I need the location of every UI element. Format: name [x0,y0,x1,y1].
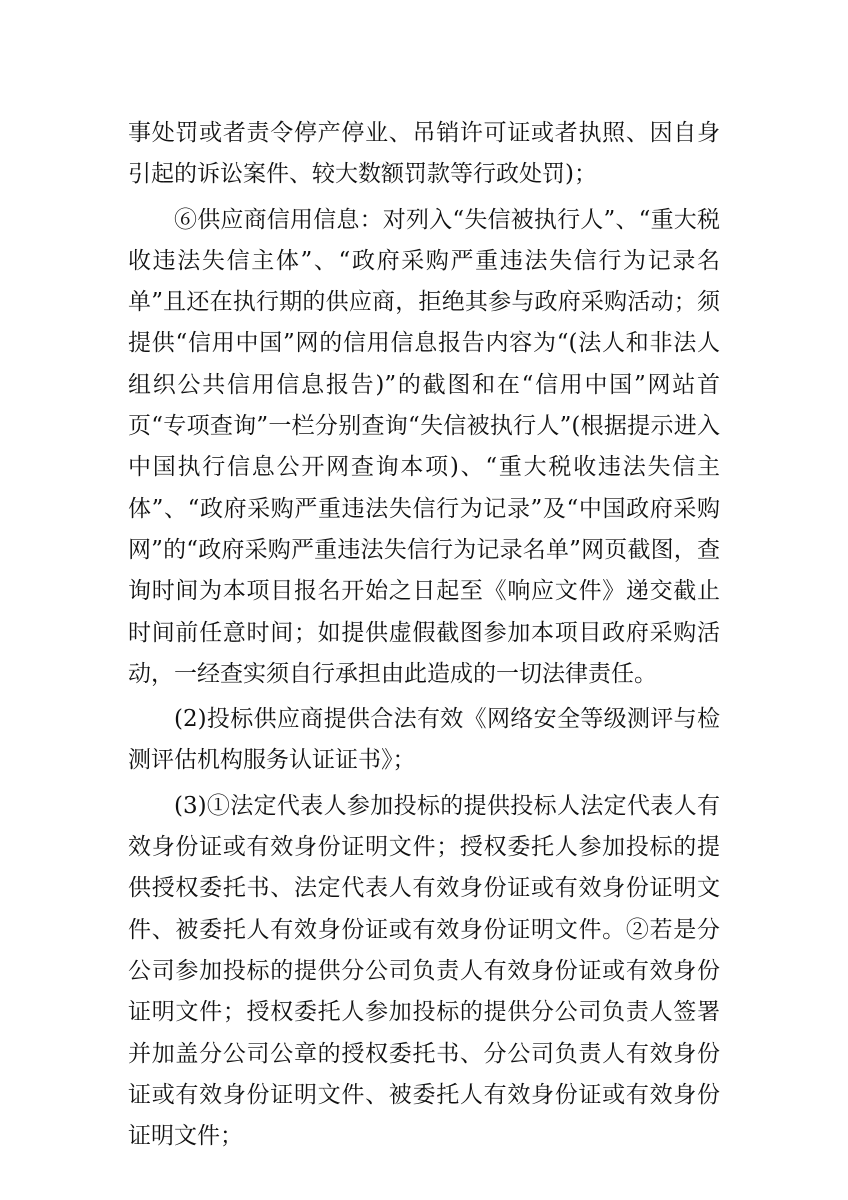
paragraph-item-3-identity: (3)①法定代表人参加投标的提供投标人法定代表人有效身份证或有效身份证明文件；授… [128,786,720,1158]
paragraph-supplier-credit-info: ⑥供应商信用信息：对列入“失信被执行人”、“重大税收违法失信主体”、“政府采购严… [128,200,720,696]
paragraph-penalty-continuation: 事处罚或者责令停产停业、吊销许可证或者执照、因自身引起的诉讼案件、较大数额罚款等… [128,113,720,196]
document-page: 事处罚或者责令停产停业、吊销许可证或者执照、因自身引起的诉讼案件、较大数额罚款等… [128,113,720,1161]
paragraph-item-2-certificate: (2)投标供应商提供合法有效《网络安全等级测评与检测评估机构服务认证证书》； [128,699,720,782]
